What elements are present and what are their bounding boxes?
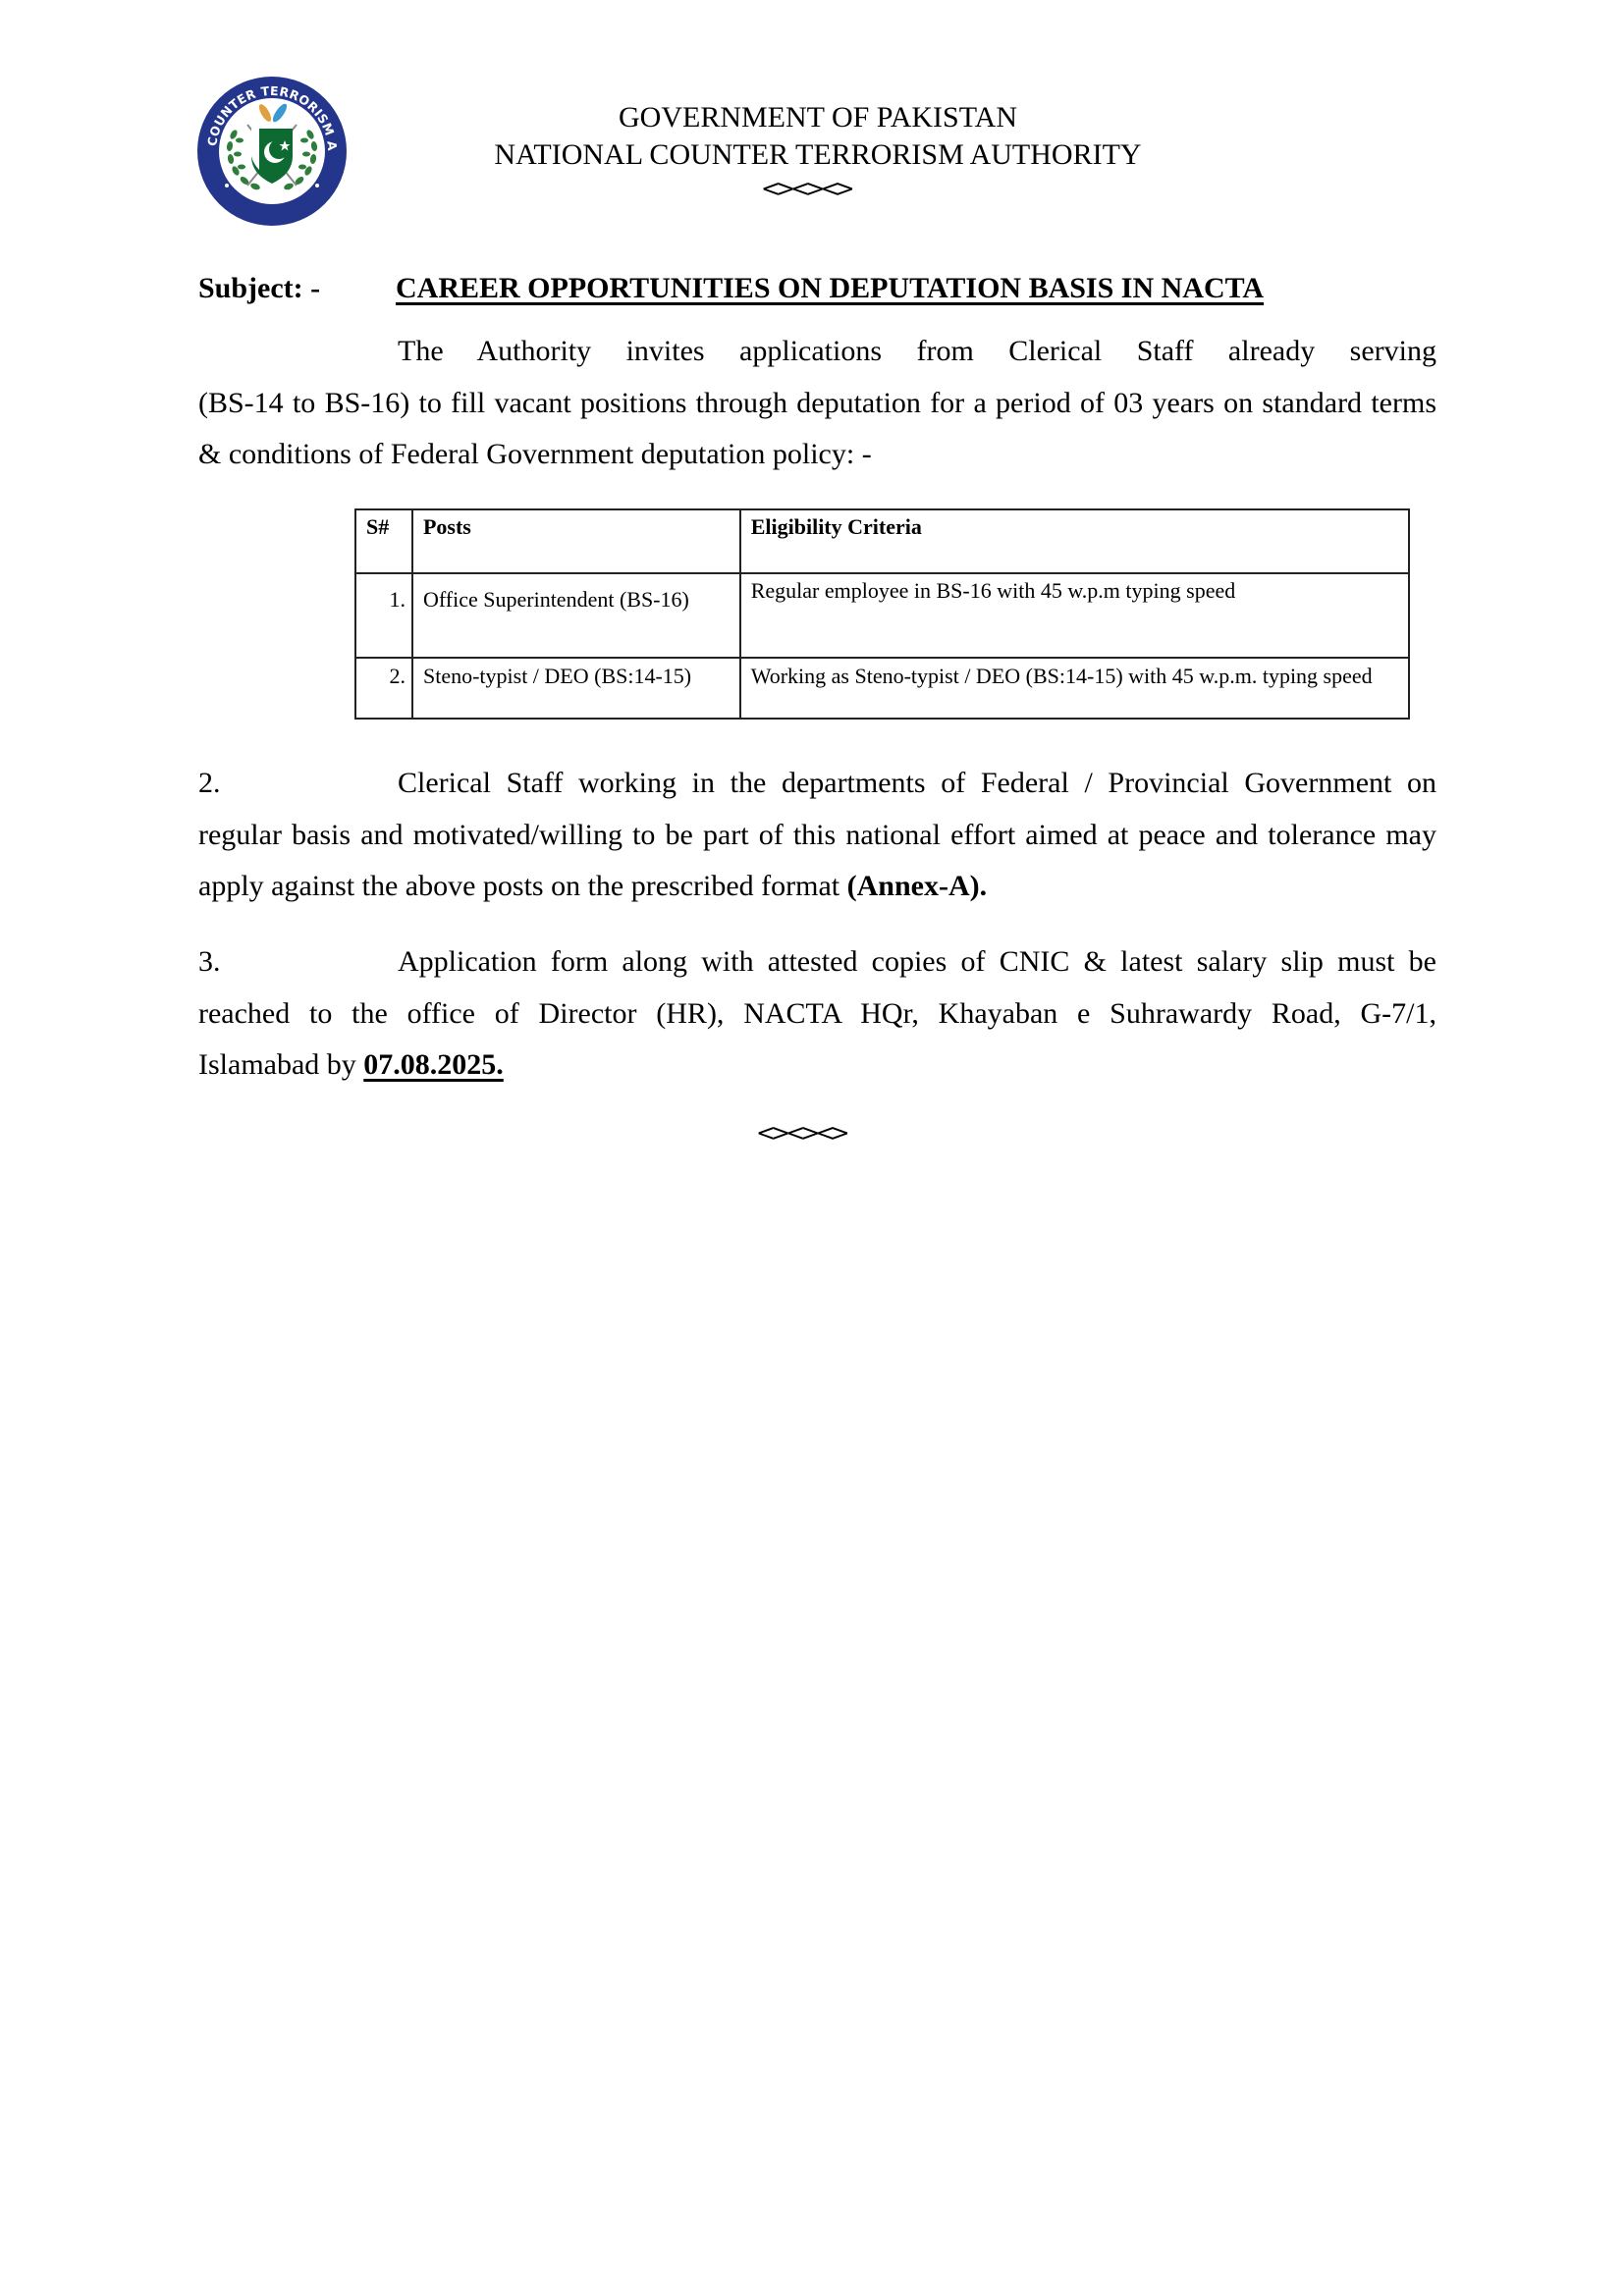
paragraph-line: Clerical Staff working in the department…: [198, 758, 1436, 810]
header-separator: <><><>: [761, 177, 863, 200]
cell-sn: 2.: [355, 658, 412, 719]
cell-sn: 1.: [355, 573, 412, 658]
cell-post: Office Superintendent (BS-16): [412, 573, 740, 658]
paragraph-number: 2.: [198, 758, 221, 810]
column-header-eligibility: Eligibility Criteria: [740, 509, 1409, 573]
paragraph-line: (BS-14 to BS-16) to fill vacant position…: [198, 378, 1436, 430]
paragraph-line: The Authority invites applications from …: [198, 326, 1436, 378]
paragraph-line: reached to the office of Director (HR), …: [198, 988, 1436, 1041]
header-government: GOVERNMENT OF PAKISTAN: [0, 103, 1624, 133]
table-row: 1. Office Superintendent (BS-16) Regular…: [355, 573, 1409, 658]
annex-reference: (Annex-A).: [847, 870, 988, 902]
subject-label: Subject: -: [198, 274, 320, 303]
paragraph-number: 3.: [198, 936, 221, 988]
paragraph-line: Application form along with attested cop…: [198, 936, 1436, 988]
paragraph-line: apply against the above posts on the pre…: [198, 861, 1436, 913]
column-header-posts: Posts: [412, 509, 740, 573]
paragraph-intro: The Authority invites applications from …: [198, 326, 1436, 481]
paragraph-line: regular basis and motivated/willing to b…: [198, 810, 1436, 862]
paragraph-line: & conditions of Federal Government deput…: [198, 429, 1436, 481]
table-header-row: S# Posts Eligibility Criteria: [355, 509, 1409, 573]
paragraph-3: 3. Application form along with attested …: [198, 936, 1436, 1092]
cell-post: Steno-typist / DEO (BS:14-15): [412, 658, 740, 719]
cell-criteria: Regular employee in BS-16 with 45 w.p.m …: [740, 573, 1409, 658]
header-authority: NATIONAL COUNTER TERRORISM AUTHORITY: [0, 140, 1624, 170]
column-header-sn: S#: [355, 509, 412, 573]
table-row: 2. Steno-typist / DEO (BS:14-15) Working…: [355, 658, 1409, 719]
subject-title: CAREER OPPORTUNITIES ON DEPUTATION BASIS…: [396, 274, 1264, 303]
posts-table: S# Posts Eligibility Criteria 1. Office …: [354, 508, 1410, 720]
cell-criteria: Working as Steno-typist / DEO (BS:14-15)…: [740, 658, 1409, 719]
deadline-date: 07.08.2025.: [363, 1048, 504, 1081]
paragraph-2: 2. Clerical Staff working in the departm…: [198, 758, 1436, 913]
paragraph-line: Islamabad by 07.08.2025.: [198, 1040, 1436, 1092]
footer-separator: <><><>: [756, 1121, 868, 1145]
